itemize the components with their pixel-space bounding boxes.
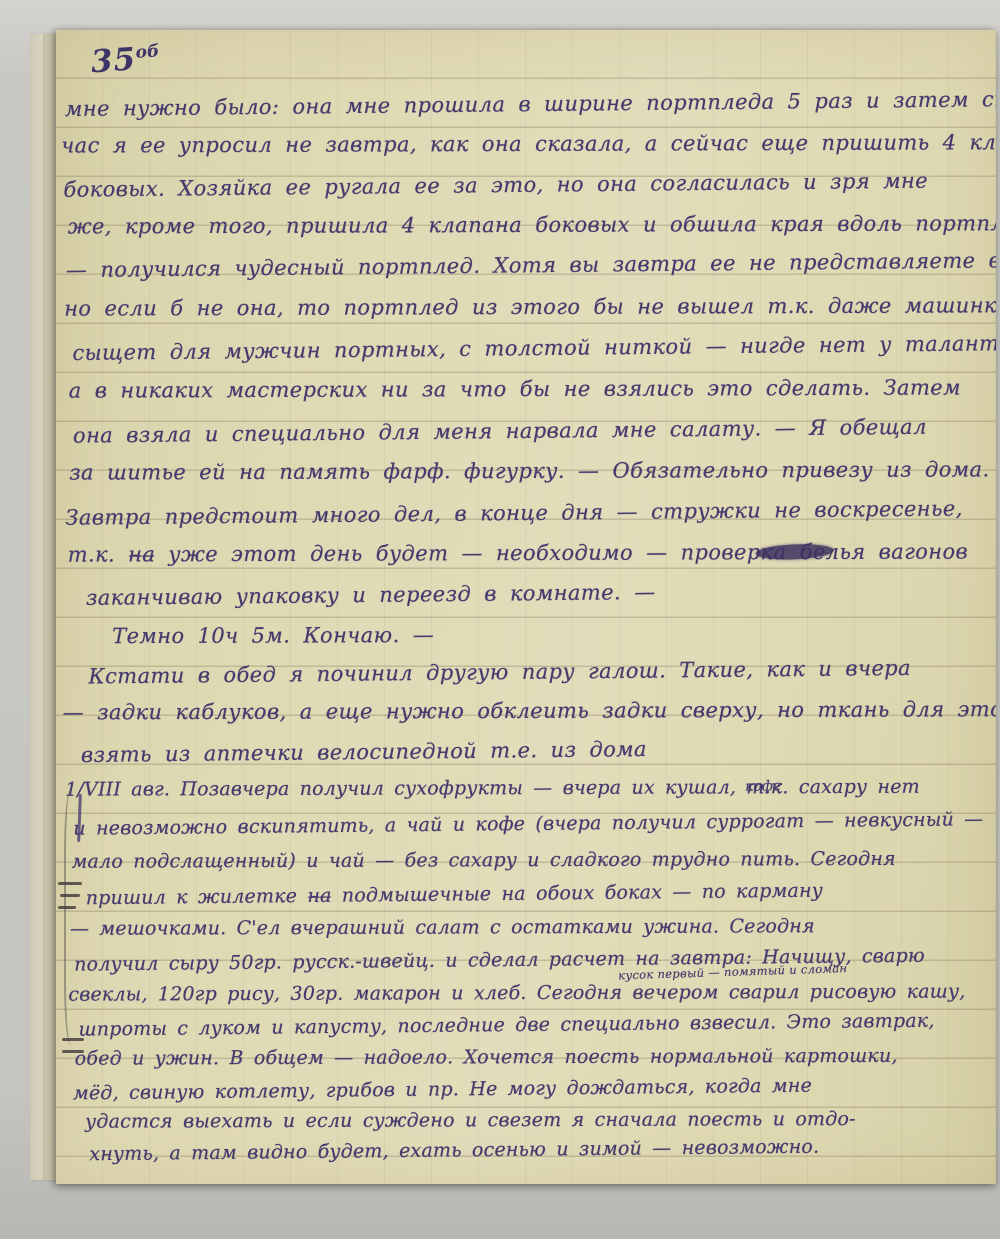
handwritten-line: удастся выехать и если суждено и свезет … <box>85 1108 856 1133</box>
handwritten-line: заканчиваю упаковку и переезд в комнате.… <box>86 580 656 610</box>
handwritten-line: но если б не она, то портплед из этого б… <box>64 293 996 320</box>
handwritten-line: мёд, свиную котлету, грибов и пр. Не мог… <box>73 1075 812 1105</box>
handwritten-line: мне нужно было: она мне прошила в ширине… <box>65 86 996 120</box>
handwritten-line: же, кроме того, пришила 4 клапана боковы… <box>68 211 996 238</box>
margin-tick-mark <box>62 1050 84 1053</box>
handwritten-line: Завтра предстоит много дел, в конце дня … <box>65 496 963 529</box>
scan-background: 35об мне нужно было: она мне прошила в ш… <box>0 0 1000 1239</box>
margin-tick-mark <box>62 1038 84 1041</box>
handwritten-line: за шитье ей на память фарф. фигурку. — О… <box>69 457 989 484</box>
underlying-page-edge <box>43 34 56 1180</box>
margin-tick-mark <box>58 882 82 885</box>
handwritten-line: — задки каблуков, а еще нужно обклеить з… <box>63 697 996 725</box>
handwritten-line: — мешочками. С'ел вчерашний салат с оста… <box>70 915 815 940</box>
handwritten-line: она взяла и специально для меня нарвала … <box>73 415 927 448</box>
underlying-page-edge <box>30 34 43 1180</box>
handwritten-line: — получился чудесный портплед. Хотя вы з… <box>66 247 996 282</box>
handwritten-line: хнуть, а там видно будет, ехать осенью и… <box>89 1136 819 1166</box>
margin-triple-tick <box>58 882 82 918</box>
handwritten-line: мало подслащенный) и чай — без сахару и … <box>72 848 896 873</box>
handwritten-line: т.к. н̶а̶ уже этот день будет — необходи… <box>68 539 969 566</box>
margin-tick-mark <box>58 906 76 909</box>
handwritten-line: взять из аптечки велосипедной т.е. из до… <box>81 737 647 767</box>
handwriting-layer: мне нужно было: она мне прошила в ширине… <box>56 30 996 1184</box>
handwritten-line: Темно 10ч 5м. Кончаю. — <box>112 623 434 648</box>
handwritten-line: Кстати в обед я починил другую пару гало… <box>88 656 911 689</box>
handwritten-line: и невозможно вскипятить, а чай и кофе (в… <box>73 808 983 840</box>
handwritten-line: шпроты с луком и капусту, последние две … <box>78 1010 934 1041</box>
handwritten-line: обед и ужин. В общем — надоело. Хочется … <box>75 1045 898 1070</box>
handwritten-line: боковых. Хозяйка ее ругала ее за это, но… <box>63 169 928 202</box>
notebook-page: 35об мне нужно было: она мне прошила в ш… <box>56 30 996 1184</box>
handwritten-line: пришил к жилетке н̶а̶ подмышечные на обо… <box>86 880 823 910</box>
handwritten-line: 1/VIII авг. Позавчера получил сухофрукты… <box>65 776 920 801</box>
margin-tick-mark <box>60 894 80 897</box>
handwritten-line: свеклы, 120гр рису, 30гр. макарон и хлеб… <box>68 980 965 1005</box>
margin-double-tick <box>62 1038 84 1062</box>
interlinear-insertion: кофе <box>745 778 781 795</box>
handwritten-line: сыщет для мужчин портных, с толстой нитк… <box>72 331 996 365</box>
handwritten-line: а в никаких мастерских ни за что бы не в… <box>69 376 961 403</box>
handwritten-line: час я ее упросил не завтра, как она сказ… <box>61 130 996 157</box>
